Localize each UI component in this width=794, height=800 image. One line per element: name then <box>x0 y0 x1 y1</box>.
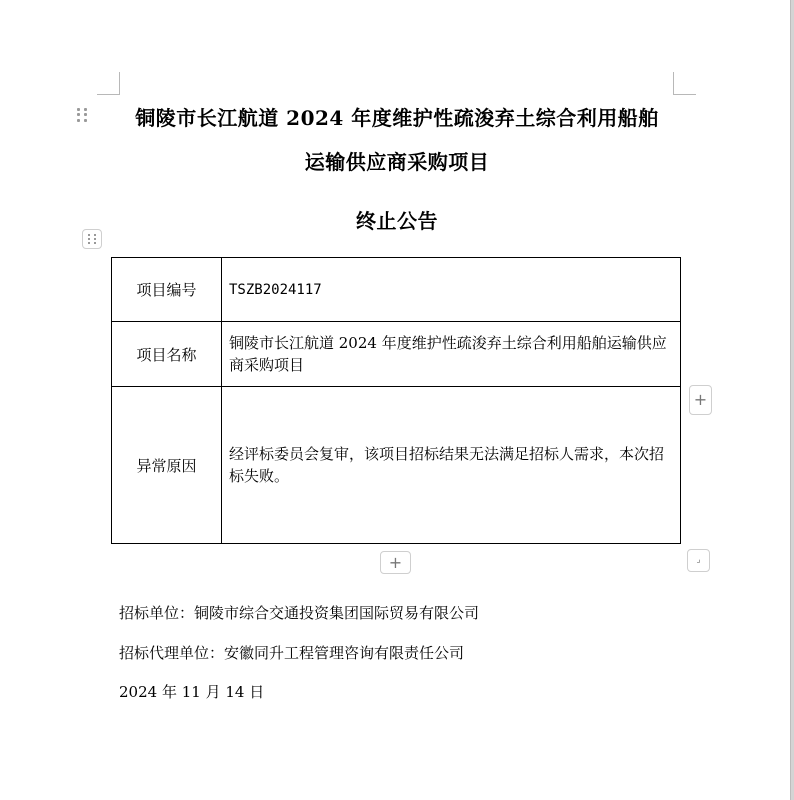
add-column-button[interactable]: + <box>689 385 712 415</box>
block-drag-handle-icon[interactable] <box>77 108 89 122</box>
table-row: 项目名称 铜陵市长江航道 2024 年度维护性疏浚弃土综合利用船舶运输供应商采购… <box>112 322 681 387</box>
document-subtitle: 终止公告 <box>100 205 694 234</box>
resize-icon: ⌟ <box>696 556 700 565</box>
margin-corner-top-right <box>673 72 696 95</box>
table-drag-handle-icon[interactable] <box>82 229 102 249</box>
plus-icon: + <box>694 392 707 408</box>
row-value-reason[interactable]: 经评标委员会复审，该项目招标结果无法满足招标人需求，本次招标失败。 <box>222 387 681 544</box>
row-label-project-name[interactable]: 项目名称 <box>112 322 222 387</box>
row-label-project-number[interactable]: 项目编号 <box>112 258 222 322</box>
row-label-reason[interactable]: 异常原因 <box>112 387 222 544</box>
margin-corner-top-left <box>97 72 120 95</box>
document-title-line2: 运输供应商采购项目 <box>100 146 694 175</box>
plus-icon: + <box>389 555 402 571</box>
table-row: 异常原因 经评标委员会复审，该项目招标结果无法满足招标人需求，本次招标失败。 <box>112 387 681 544</box>
scrollbar-edge[interactable] <box>790 0 794 800</box>
tenderer-line: 招标单位：铜陵市综合交通投资集团国际贸易有限公司 <box>119 602 479 623</box>
row-value-project-name[interactable]: 铜陵市长江航道 2024 年度维护性疏浚弃土综合利用船舶运输供应商采购项目 <box>222 322 681 387</box>
row-value-project-number[interactable]: TSZB2024117 <box>222 258 681 322</box>
table-row: 项目编号 TSZB2024117 <box>112 258 681 322</box>
agent-line: 招标代理单位：安徽同升工程管理咨询有限责任公司 <box>119 642 464 663</box>
document-title-line1: 铜陵市长江航道 2024 年度维护性疏浚弃土综合利用船舶 <box>100 102 694 131</box>
table-resize-button[interactable]: ⌟ <box>687 549 710 572</box>
add-row-button[interactable]: + <box>380 551 411 574</box>
info-table: 项目编号 TSZB2024117 项目名称 铜陵市长江航道 2024 年度维护性… <box>111 257 681 544</box>
date-line: 2024 年 11 月 14 日 <box>119 681 264 702</box>
